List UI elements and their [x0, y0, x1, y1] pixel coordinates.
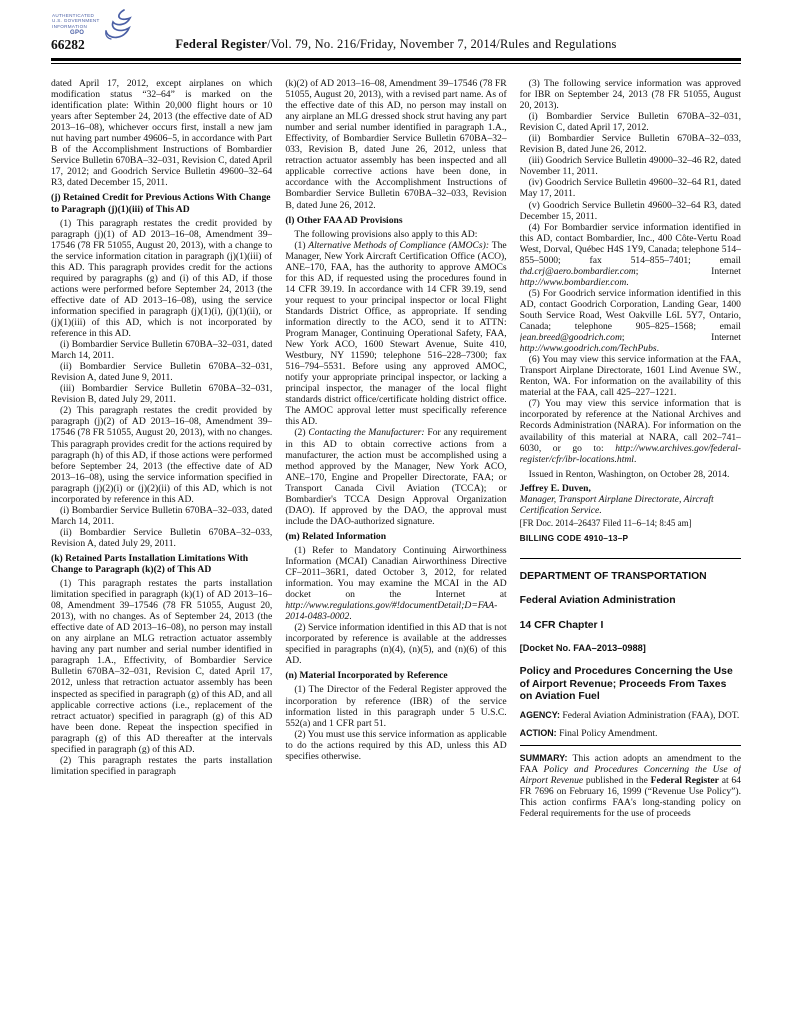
text-run: .: [626, 277, 628, 288]
text-run: (k)(2) of AD 2013–16–08, Amendment 39–17…: [285, 78, 506, 211]
paragraph: The following provisions also apply to t…: [285, 229, 506, 240]
docket-number: [Docket No. FAA–2013–0988]: [520, 643, 741, 654]
paragraph: (4) For Bombardier service information i…: [520, 222, 741, 288]
column-3: (3) The following service information wa…: [520, 78, 741, 1018]
text-run: Federal Aviation Administration (FAA), D…: [562, 710, 739, 721]
text-run: (n) Material Incorporated by Reference: [285, 670, 447, 681]
signature-name: Jeffrey E. Duven,: [520, 483, 741, 494]
paragraph: (i) Bombardier Service Bulletin 670BA–32…: [51, 505, 272, 527]
text-run: ; Internet: [622, 332, 741, 343]
text-run: DEPARTMENT OF TRANSPORTATION: [520, 571, 707, 582]
text-run: http://www.regulations.gov/#!documentDet…: [285, 600, 497, 622]
text-run: Contacting the Manufacturer:: [308, 427, 427, 438]
text-run: dated April 17, 2012, except airplanes o…: [51, 78, 272, 188]
text-run: .: [634, 454, 636, 465]
sans-heading: Federal Aviation Administration: [520, 595, 741, 607]
text-run: Federal Register: [651, 775, 719, 786]
section-heading: (m) Related Information: [285, 531, 506, 542]
text-run: (1) Refer to Mandatory Continuing Airwor…: [285, 545, 506, 600]
text-run: (i) Bombardier Service Bulletin 670BA–32…: [520, 111, 741, 133]
text-run: (1): [294, 240, 308, 251]
sans-heading: Policy and Procedures Concerning the Use…: [520, 666, 741, 703]
seal-line: INFORMATION: [52, 24, 100, 29]
labeled-paragraph: SUMMARY: This action adopts an amendment…: [520, 753, 741, 819]
text-run: (4) For Bombardier service information i…: [520, 222, 741, 266]
paragraph: (1) The Director of the Federal Register…: [285, 684, 506, 728]
column-2: (k)(2) of AD 2013–16–08, Amendment 39–17…: [285, 78, 506, 1018]
text-run: (2): [294, 427, 308, 438]
text-run: Manager, Transport Airplane Directorate,…: [520, 494, 714, 516]
paragraph: (iii) Goodrich Service Bulletin 49000–32…: [520, 155, 741, 177]
text-run: (ii) Bombardier Service Bulletin 670BA–3…: [520, 133, 741, 155]
signature-title: Manager, Transport Airplane Directorate,…: [520, 494, 741, 516]
text-run: (5) For Goodrich service information ide…: [520, 288, 741, 332]
text-run: (i) Bombardier Service Bulletin 670BA–32…: [51, 339, 272, 361]
text-run: .: [657, 343, 659, 354]
fr-doc-line: [FR Doc. 2014–26437 Filed 11–6–14; 8:45 …: [520, 518, 741, 529]
text-run: SUMMARY:: [520, 753, 573, 763]
text-run: Policy and Procedures Concerning the Use…: [520, 666, 733, 702]
text-run: AGENCY:: [520, 710, 563, 720]
text-run: (j) Retained Credit for Previous Actions…: [51, 192, 271, 214]
paragraph: (2) You must use this service informatio…: [285, 729, 506, 762]
paragraph: (2) Contacting the Manufacturer: For any…: [285, 427, 506, 526]
section-heading: (n) Material Incorporated by Reference: [285, 670, 506, 681]
paragraph: (ii) Bombardier Service Bulletin 670BA–3…: [520, 133, 741, 155]
paragraph: (i) Bombardier Service Bulletin 670BA–32…: [51, 339, 272, 361]
text-run: [Docket No. FAA–2013–0988]: [520, 643, 646, 653]
text-run: (k) Retained Parts Installation Limitati…: [51, 553, 248, 575]
text-run: Alternative Methods of Compliance (AMOCs…: [308, 240, 492, 251]
text-run: ; Internet: [636, 266, 741, 277]
header-title-rest: /Vol. 79, No. 216/Friday, November 7, 20…: [267, 37, 617, 51]
text-run: Issued in Renton, Washington, on October…: [529, 469, 730, 480]
labeled-paragraph: ACTION: Final Policy Amendment.: [520, 728, 741, 739]
text-run: The following provisions also apply to t…: [294, 229, 477, 240]
text-run: (iii) Goodrich Service Bulletin 49000–32…: [520, 155, 741, 177]
text-run: (i) Bombardier Service Bulletin 670BA–32…: [51, 505, 272, 527]
three-column-body: dated April 17, 2012, except airplanes o…: [51, 78, 741, 1018]
text-run: (2) This paragraph restates the parts in…: [51, 755, 272, 777]
text-run: The Manager, New York Aircraft Certifica…: [285, 240, 506, 428]
text-run: (iv) Goodrich Service Bulletin 49600–32–…: [520, 177, 741, 199]
text-run: (1) This paragraph restates the parts in…: [51, 578, 272, 755]
page-number: 66282: [51, 37, 85, 53]
paragraph: (3) The following service information wa…: [520, 78, 741, 111]
text-run: (m) Related Information: [285, 531, 386, 542]
paragraph: (k)(2) of AD 2013–16–08, Amendment 39–17…: [285, 78, 506, 211]
column-1: dated April 17, 2012, except airplanes o…: [51, 78, 272, 1018]
paragraph: (iv) Goodrich Service Bulletin 49600–32–…: [520, 177, 741, 199]
text-run: (1) This paragraph restates the credit p…: [51, 218, 272, 339]
paragraph: dated April 17, 2012, except airplanes o…: [51, 78, 272, 188]
text-run: published in the: [583, 775, 651, 786]
paragraph: (i) Bombardier Service Bulletin 670BA–32…: [520, 111, 741, 133]
gpo-seal-text: AUTHENTICATED U.S. GOVERNMENT INFORMATIO…: [52, 7, 100, 37]
text-run: (2) You must use this service informatio…: [285, 729, 506, 762]
text-run: 14 CFR Chapter I: [520, 620, 604, 631]
text-run: ACTION:: [520, 728, 559, 738]
section-heading: (k) Retained Parts Installation Limitati…: [51, 553, 272, 575]
text-run: .: [349, 611, 351, 622]
paragraph: (2) Service information identified in th…: [285, 622, 506, 666]
section-heading: (j) Retained Credit for Previous Actions…: [51, 192, 272, 214]
text-run: (v) Goodrich Service Bulletin 49600–32–6…: [520, 200, 741, 222]
paragraph: Issued in Renton, Washington, on October…: [520, 469, 741, 480]
paragraph: (1) This paragraph restates the credit p…: [51, 218, 272, 340]
paragraph: (iii) Bombardier Service Bulletin 670BA–…: [51, 383, 272, 405]
text-run: http://www.goodrich.com/TechPubs: [520, 343, 657, 354]
labeled-paragraph: AGENCY: Federal Aviation Administration …: [520, 710, 741, 721]
sans-heading: DEPARTMENT OF TRANSPORTATION: [520, 571, 741, 583]
text-run: http://www.bombardier.com: [520, 277, 627, 288]
text-run: (1) The Director of the Federal Register…: [285, 684, 506, 728]
paragraph: (6) You may view this service informatio…: [520, 354, 741, 398]
text-run: BILLING CODE 4910–13–P: [520, 533, 629, 543]
section-heading: (l) Other FAA AD Provisions: [285, 215, 506, 226]
text-run: (6) You may view this service informatio…: [520, 354, 741, 398]
text-run: (l) Other FAA AD Provisions: [285, 215, 402, 226]
paragraph: (5) For Goodrich service information ide…: [520, 288, 741, 354]
paragraph: (1) This paragraph restates the parts in…: [51, 578, 272, 755]
text-run: (iii) Bombardier Service Bulletin 670BA–…: [51, 383, 272, 405]
sans-heading: 14 CFR Chapter I: [520, 620, 741, 632]
paragraph: (1) Refer to Mandatory Continuing Airwor…: [285, 545, 506, 622]
paragraph: (v) Goodrich Service Bulletin 49600–32–6…: [520, 200, 741, 222]
header-title-bold: Federal Register: [175, 37, 267, 51]
horizontal-rule: [520, 745, 741, 746]
text-run: [FR Doc. 2014–26437 Filed 11–6–14; 8:45 …: [520, 518, 692, 528]
horizontal-rule: [520, 558, 741, 559]
paragraph: (2) This paragraph restates the parts in…: [51, 755, 272, 777]
text-run: Final Policy Amendment.: [559, 728, 657, 739]
paragraph: (ii) Bombardier Service Bulletin 670BA–3…: [51, 527, 272, 549]
text-run: thd.crj@aero.bombardier.com: [520, 266, 636, 277]
billing-code: BILLING CODE 4910–13–P: [520, 533, 741, 544]
header-rule: [51, 58, 741, 64]
text-run: jean.breed@goodrich.com: [520, 332, 622, 343]
paragraph: (ii) Bombardier Service Bulletin 670BA–3…: [51, 361, 272, 383]
document-page: AUTHENTICATED U.S. GOVERNMENT INFORMATIO…: [0, 0, 791, 1024]
paragraph: (7) You may view this service informatio…: [520, 398, 741, 464]
text-run: (ii) Bombardier Service Bulletin 670BA–3…: [51, 527, 272, 549]
text-run: (2) This paragraph restates the credit p…: [51, 405, 272, 504]
paragraph: (1) Alternative Methods of Compliance (A…: [285, 240, 506, 428]
header-title: Federal Register/Vol. 79, No. 216/Friday…: [51, 37, 741, 52]
text-run: For any requirement in this AD to obtain…: [285, 427, 506, 526]
page-header: 66282 Federal Register/Vol. 79, No. 216/…: [51, 37, 741, 56]
text-run: (2) Service information identified in th…: [285, 622, 506, 666]
text-run: (ii) Bombardier Service Bulletin 670BA–3…: [51, 361, 272, 383]
text-run: Jeffrey E. Duven,: [520, 483, 591, 494]
text-run: Federal Aviation Administration: [520, 595, 676, 606]
text-run: (3) The following service information wa…: [520, 78, 741, 111]
paragraph: (2) This paragraph restates the credit p…: [51, 405, 272, 504]
